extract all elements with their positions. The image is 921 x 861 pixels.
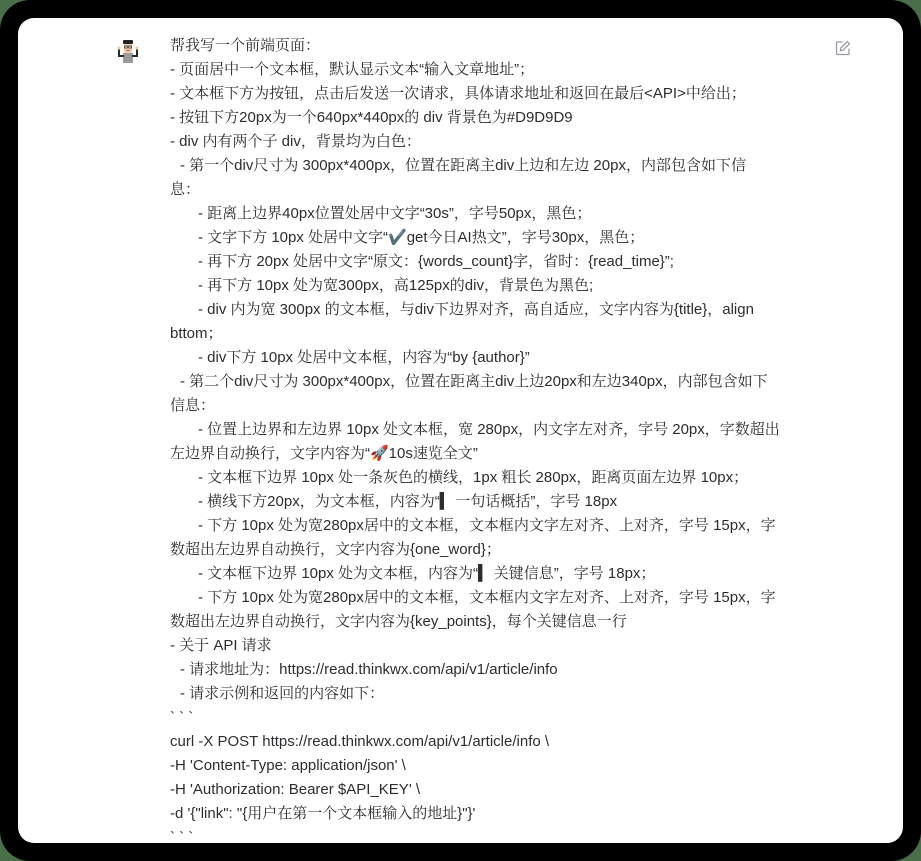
message-line: - div 内有两个子 div，背景均为白色： [170,130,830,154]
message-line: - 下方 10px 处为宽280px居中的文本框，文本框内文字左对齐、上对齐，字… [170,586,830,610]
message-line: 数超出左边界自动换行，文字内容为{one_word}； [170,538,830,562]
avatar-cartoon-icon [115,38,141,64]
user-avatar [115,38,141,64]
message-line: 数超出左边界自动换行，文字内容为{key_points}，每个关键信息一行 [170,610,830,634]
message-line: -d '{"link": "{用户在第一个文本框输入的地址}"}' [170,802,830,826]
message-line: bttom； [170,322,830,346]
message-line: - 第一个div尺寸为 300px*400px，位置在距离主div上边和左边 2… [170,154,830,178]
message-line: - 再下方 10px 处为宽300px，高125px的div，背景色为黑色; [170,274,830,298]
message-line: 信息： [170,394,830,418]
message-line: 息： [170,178,830,202]
message-line: - 横线下方20px，为文本框，内容为“▍ 一句话概括”，字号 18px [170,490,830,514]
edit-message-button[interactable] [834,39,852,57]
message-line: - 下方 10px 处为宽280px居中的文本框，文本框内文字左对齐、上对齐，字… [170,514,830,538]
message-line: ` ` ` [170,826,830,843]
message-line: -H 'Authorization: Bearer $API_KEY' \ [170,778,830,802]
message-line: - 请求地址为：https://read.thinkwx.com/api/v1/… [170,658,830,682]
edit-icon [834,39,852,57]
message-line: -H 'Content-Type: application/json' \ [170,754,830,778]
message-line: - 关于 API 请求 [170,634,830,658]
message-line: - 文本框下方为按钮，点击后发送一次请求，具体请求地址和返回在最后<API>中给… [170,82,830,106]
message-line: - 页面居中一个文本框，默认显示文本“输入文章地址”； [170,58,830,82]
chat-message-card: 帮我写一个前端页面：- 页面居中一个文本框，默认显示文本“输入文章地址”；- 文… [18,18,903,843]
message-line: - div下方 10px 处居中文本框，内容为“by {author}” [170,346,830,370]
message-line: - 请求示例和返回的内容如下： [170,682,830,706]
user-message-text: 帮我写一个前端页面：- 页面居中一个文本框，默认显示文本“输入文章地址”；- 文… [170,34,830,843]
message-line: - div 内为宽 300px 的文本框，与div下边界对齐，高自适应，文字内容… [170,298,830,322]
message-line: - 按钮下方20px为一个640px*440px的 div 背景色为#D9D9D… [170,106,830,130]
message-line: 左边界自动换行，文字内容为“🚀10s速览全文” [170,442,830,466]
message-line: - 距离上边界40px位置处居中文字“30s”，字号50px，黑色； [170,202,830,226]
message-line: - 文字下方 10px 处居中文字“✔️get今日AI热文”，字号30px，黑色… [170,226,830,250]
message-line: - 文本框下边界 10px 处为文本框，内容为“▍ 关键信息”，字号 18px； [170,562,830,586]
window-frame: 帮我写一个前端页面：- 页面居中一个文本框，默认显示文本“输入文章地址”；- 文… [0,0,921,861]
message-line: curl -X POST https://read.thinkwx.com/ap… [170,730,830,754]
message-line: - 文本框下边界 10px 处一条灰色的横线，1px 粗长 280px，距离页面… [170,466,830,490]
message-line: ` ` ` [170,706,830,730]
message-line: 帮我写一个前端页面： [170,34,830,58]
message-line: - 再下方 20px 处居中文字“原文：{words_count}字，省时：{r… [170,250,830,274]
message-line: - 第二个div尺寸为 300px*400px，位置在距离主div上边20px和… [170,370,830,394]
message-line: - 位置上边界和左边界 10px 处文本框，宽 280px，内文字左对齐，字号 … [170,418,830,442]
